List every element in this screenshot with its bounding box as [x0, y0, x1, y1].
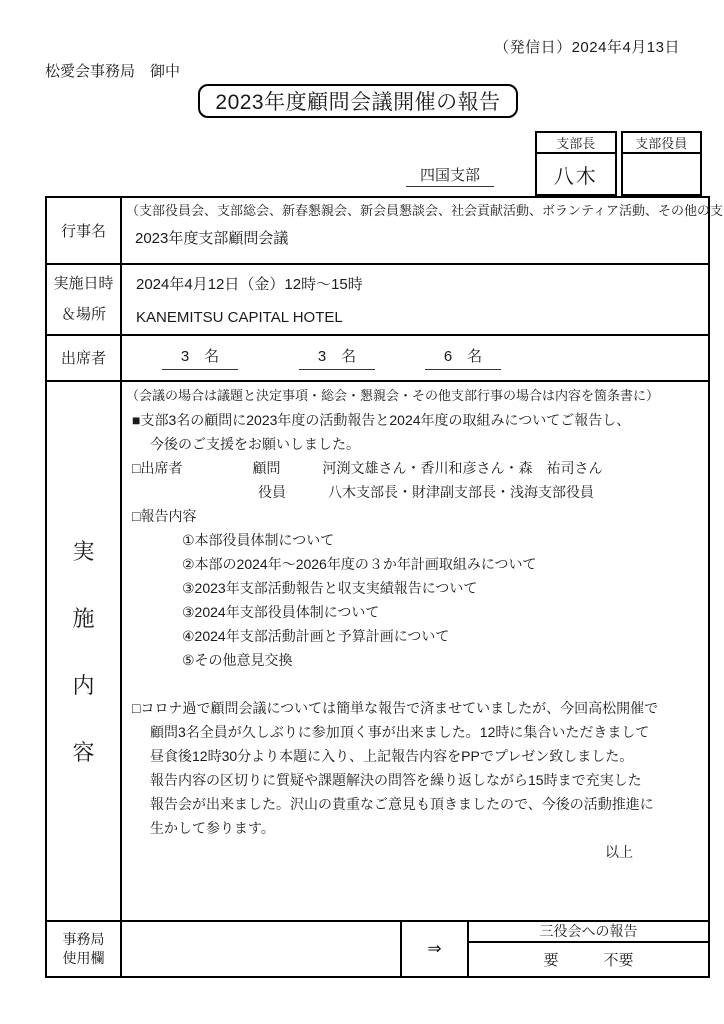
content-report-item: ③2024年支部役員体制について — [122, 600, 708, 624]
label-char-4: 容 — [72, 736, 94, 767]
content-summary-line: 昼食後12時30分より本題に入り、上記報告内容をPPでプレゼン致しました。 — [122, 744, 708, 768]
office-use-label: 事務局 使用欄 — [47, 922, 122, 976]
event-name-value: 2023年度支部顧問会議 — [126, 222, 708, 256]
branch-name: 四国支部 — [406, 164, 494, 187]
event-name-cell: （支部役員会、支部総会、新春懇親会、新会員懇談会、社会貢献活動、ボランティア活動… — [122, 198, 708, 263]
row-event-name: 行事名 （支部役員会、支部総会、新春懇親会、新会員懇談会、社会貢献活動、ボランテ… — [47, 198, 708, 265]
content-summary-line: 報告会が出来ました。沢山の貴重なご意見も頂きましたので、今後の活動推進に — [122, 792, 708, 816]
content-blank-line — [122, 672, 708, 696]
row-office-use: 事務局 使用欄 ⇒ 三役会への報告 要 不要 — [47, 922, 708, 976]
content-report-item: ④2024年支部活動計画と予算計画について — [122, 624, 708, 648]
stamp-box-branch-officer: 支部役員 — [621, 131, 703, 196]
addressee: 松愛会事務局 御中 — [45, 60, 180, 81]
office-label-line1: 事務局 — [63, 930, 105, 949]
document-title: 2023年度顧問会議開催の報告 — [198, 84, 518, 118]
document-title-text: 2023年度顧問会議開催の報告 — [215, 86, 500, 116]
label-char-1: 実 — [72, 535, 94, 566]
content-report-item: ⑤その他意見交換 — [122, 648, 708, 672]
content-summary-line: 生かして参ります。 — [122, 816, 708, 840]
content-line: 今後のご支援をお願いしました。 — [122, 432, 708, 456]
content-line-report-heading: □報告内容 — [122, 504, 708, 528]
event-name-label: 行事名 — [47, 198, 122, 263]
stamp-value-branch-officer — [623, 154, 701, 194]
content-summary-line: □コロナ過で顧問会議については簡単な報告で済ませていましたが、今回高松開催で — [122, 696, 708, 720]
datetime-place-cell: 2024年4月12日（金）12時～15時 KANEMITSU CAPITAL H… — [122, 265, 708, 334]
executive-report-options: 要 不要 — [469, 943, 708, 976]
content-guideline-note: （会議の場合は議題と決定事項・総会・懇親会・その他支部行事の場合は内容を箇条書に… — [122, 384, 708, 408]
datetime-label-line1: 実施日時 — [53, 268, 113, 299]
send-date: （発信日）2024年4月13日 — [494, 36, 680, 57]
label-char-3: 内 — [72, 669, 94, 700]
datetime-place-label: 実施日時 ＆場所 — [47, 265, 122, 334]
implementation-content-cell: （会議の場合は議題と決定事項・総会・懇親会・その他支部行事の場合は内容を箇条書に… — [122, 382, 708, 920]
row-datetime-place: 実施日時 ＆場所 2024年4月12日（金）12時～15時 KANEMITSU … — [47, 265, 708, 336]
stamp-box-branch-chief: 支部長 八木 — [535, 131, 617, 196]
stamp-header-branch-officer: 支部役員 — [623, 133, 701, 154]
office-use-cell: ⇒ 三役会への報告 要 不要 — [122, 922, 708, 976]
label-char-2: 施 — [72, 602, 94, 633]
office-use-blank-field — [122, 922, 402, 976]
content-report-item: ①本部役員体制について — [122, 528, 708, 552]
implementation-content-label: 実 施 内 容 — [47, 382, 122, 920]
row-implementation-content: 実 施 内 容 （会議の場合は議題と決定事項・総会・懇親会・その他支部行事の場合… — [47, 382, 708, 922]
content-summary-line: 顧問3名全員が久しぶりに参加頂く事が出来ました。12時に集合いただきまして — [122, 720, 708, 744]
place-value: KANEMITSU CAPITAL HOTEL — [136, 301, 708, 334]
datetime-value: 2024年4月12日（金）12時～15時 — [136, 268, 708, 301]
attendees-cell: 3 名 3 名 6 名 — [122, 336, 708, 380]
content-closing: 以上 — [122, 840, 708, 864]
stamp-value-branch-chief: 八木 — [537, 154, 615, 194]
attendees-label: 出席者 — [47, 336, 122, 380]
content-line-attendee-advisors: □出席者 顧問 河渕文雄さん・香川和彦さん・森 祐司さん — [122, 456, 708, 480]
arrow-icon: ⇒ — [402, 922, 469, 976]
approval-stamp-table: 支部長 八木 支部役員 — [535, 131, 702, 196]
attendee-count-1: 3 名 — [162, 345, 238, 370]
executive-report-cell: 三役会への報告 要 不要 — [469, 922, 708, 976]
row-attendees: 出席者 3 名 3 名 6 名 — [47, 336, 708, 382]
stamp-header-branch-chief: 支部長 — [537, 133, 615, 154]
office-label-line2: 使用欄 — [63, 949, 105, 968]
datetime-label-line2: ＆場所 — [61, 299, 106, 330]
content-line: ■支部3名の顧問に2023年度の活動報告と2024年度の取組みについてご報告し、 — [122, 408, 708, 432]
event-type-note: （支部役員会、支部総会、新春懇親会、新会員懇談会、社会貢献活動、ボランティア活動… — [126, 200, 708, 222]
content-report-item: ③2023年支部活動報告と収支実績報告について — [122, 576, 708, 600]
report-form-table: 行事名 （支部役員会、支部総会、新春懇親会、新会員懇談会、社会貢献活動、ボランテ… — [45, 196, 710, 978]
executive-report-header: 三役会への報告 — [469, 922, 708, 943]
attendee-count-2: 3 名 — [299, 345, 375, 370]
content-line-attendee-officers: 役員 八木支部長・財津副支部長・浅海支部役員 — [122, 480, 708, 504]
content-report-item: ②本部の2024年～2026年度の３か年計画取組みについて — [122, 552, 708, 576]
content-summary-line: 報告内容の区切りに質疑や課題解決の問答を繰り返しながら15時まで充実した — [122, 768, 708, 792]
attendee-count-3: 6 名 — [425, 345, 501, 370]
